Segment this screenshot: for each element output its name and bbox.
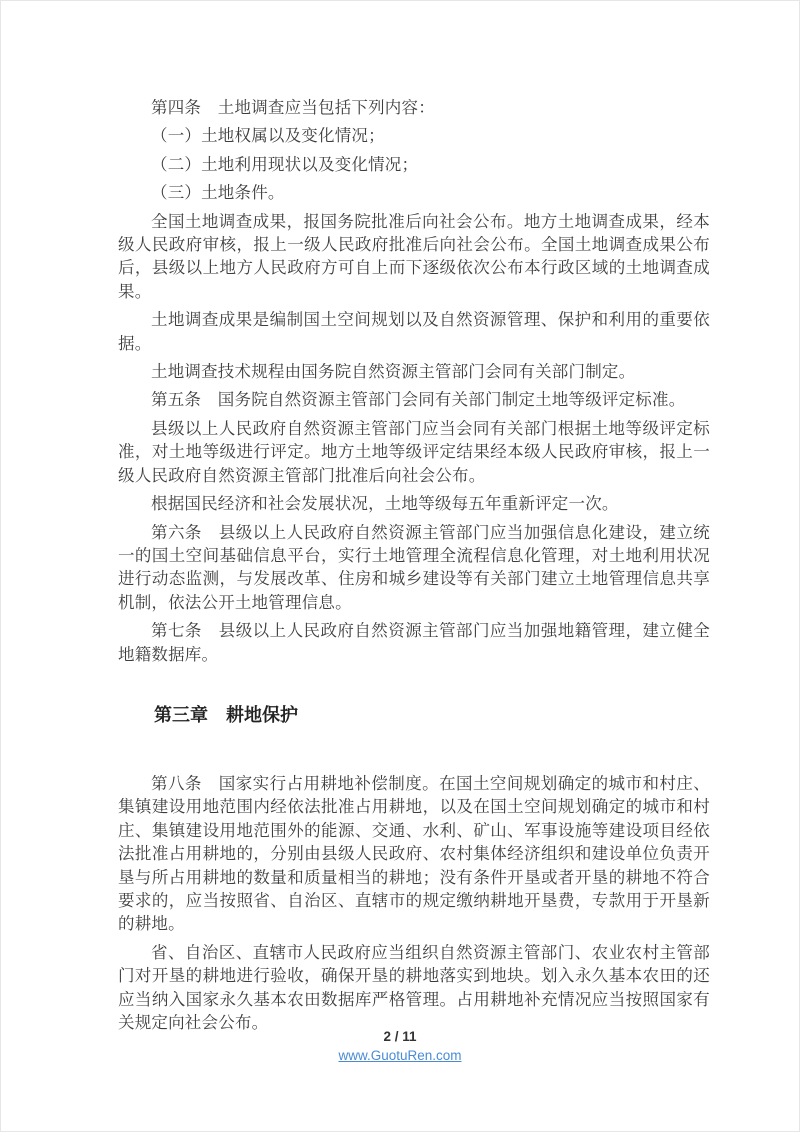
document-paragraph: 第八条 国家实行占用耕地补偿制度。在国土空间规划确定的城市和村庄、集镇建设用地范… [118, 772, 710, 936]
document-paragraph: 土地调查成果是编制国土空间规划以及自然资源管理、保护和利用的重要依据。 [118, 308, 710, 355]
document-paragraph: 县级以上人民政府自然资源主管部门应当会同有关部门根据土地等级评定标准，对土地等级… [118, 417, 710, 487]
document-paragraph: （一）土地权属以及变化情况； [118, 124, 710, 147]
document-paragraph: 第四条 土地调查应当包括下列内容： [118, 96, 710, 119]
document-paragraph: 全国土地调查成果，报国务院批准后向社会公布。地方土地调查成果，经本级人民政府审核… [118, 210, 710, 304]
document-paragraph: （三）土地条件。 [118, 181, 710, 204]
document-paragraph: 省、自治区、直辖市人民政府应当组织自然资源主管部门、农业农村主管部门对开垦的耕地… [118, 941, 710, 1035]
document-paragraph: 第五条 国务院自然资源主管部门会同有关部门制定土地等级评定标准。 [118, 388, 710, 411]
document-page: { "document": { "paragraphs": [ { "type"… [0, 0, 800, 1132]
page-number-indicator: 2 / 11 [0, 1028, 800, 1045]
document-content: 第四条 土地调查应当包括下列内容：（一）土地权属以及变化情况；（二）土地利用现状… [118, 96, 710, 1039]
chapter-heading: 第三章 耕地保护 [118, 702, 710, 728]
document-paragraph: 第七条 县级以上人民政府自然资源主管部门应当加强地籍管理，建立健全地籍数据库。 [118, 619, 710, 666]
page-footer: 2 / 11 www.GuotuRen.com [0, 1028, 800, 1065]
document-paragraph: 根据国民经济和社会发展状况，土地等级每五年重新评定一次。 [118, 492, 710, 515]
document-paragraph: 土地调查技术规程由国务院自然资源主管部门会同有关部门制定。 [118, 360, 710, 383]
document-paragraph: （二）土地利用现状以及变化情况； [118, 153, 710, 176]
footer-website-link[interactable]: www.GuotuRen.com [338, 1047, 461, 1064]
document-paragraph: 第六条 县级以上人民政府自然资源主管部门应当加强信息化建设，建立统一的国土空间基… [118, 521, 710, 615]
